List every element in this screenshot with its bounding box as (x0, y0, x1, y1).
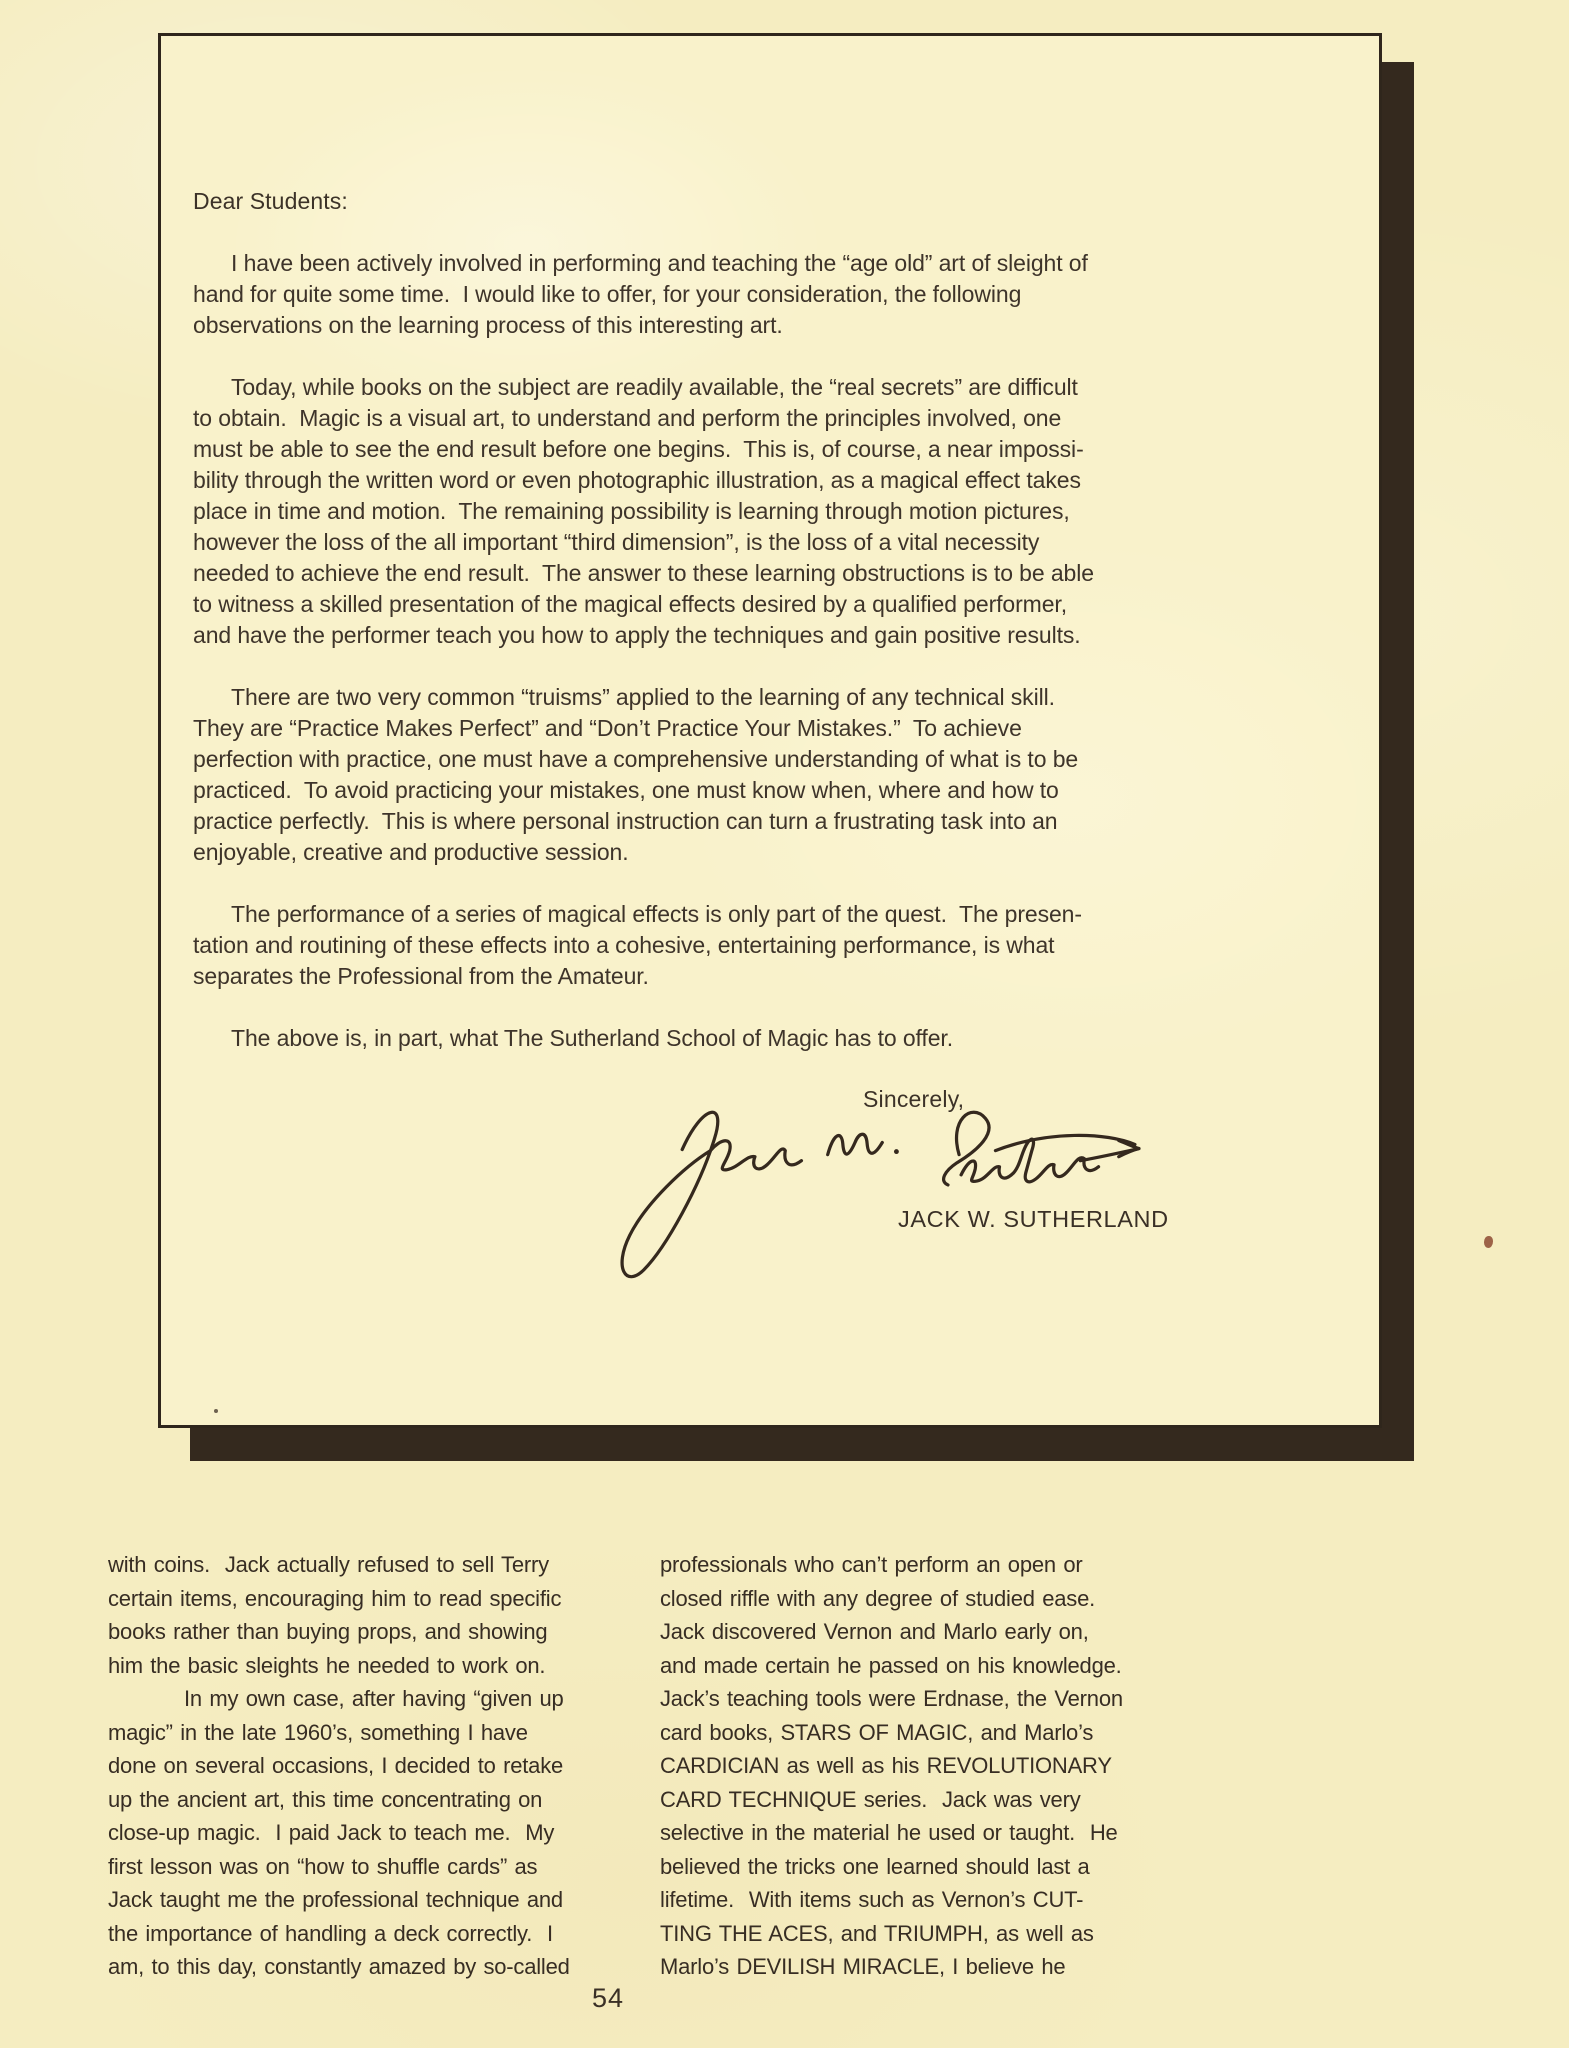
paper-speck (1484, 1236, 1493, 1248)
column-paragraph: with coins. Jack actually refused to sel… (108, 1548, 584, 1682)
column-paragraph: professionals who can’t perform an open … (660, 1548, 1136, 1984)
article-columns: with coins. Jack actually refused to sel… (108, 1548, 1136, 1984)
letter-paragraph-1: I have been actively involved in perform… (193, 248, 1299, 341)
paper-dot (214, 1409, 218, 1413)
letter-paragraph-5: The above is, in part, what The Sutherla… (193, 1023, 1299, 1054)
page-number: 54 (592, 1983, 624, 2014)
signature-typed-name: JACK W. SUTHERLAND (898, 1206, 1169, 1233)
letter-paragraph-3: There are two very common “truisms” appl… (193, 682, 1299, 868)
body-column-right: professionals who can’t perform an open … (660, 1548, 1136, 1984)
letter-salutation: Dear Students: (193, 186, 1299, 217)
letter-paragraph-4: The performance of a series of magical e… (193, 899, 1299, 992)
body-column-left: with coins. Jack actually refused to sel… (108, 1548, 584, 1984)
column-paragraph: In my own case, after having “given up m… (108, 1682, 584, 1984)
signature-script-icon (551, 1094, 1161, 1286)
letter-paragraph-2: Today, while books on the subject are re… (193, 372, 1299, 651)
page-background: { "page": { "number": "54" }, "colors": … (0, 0, 1569, 2048)
letter-frame: Dear Students: I have been actively invo… (158, 33, 1382, 1428)
